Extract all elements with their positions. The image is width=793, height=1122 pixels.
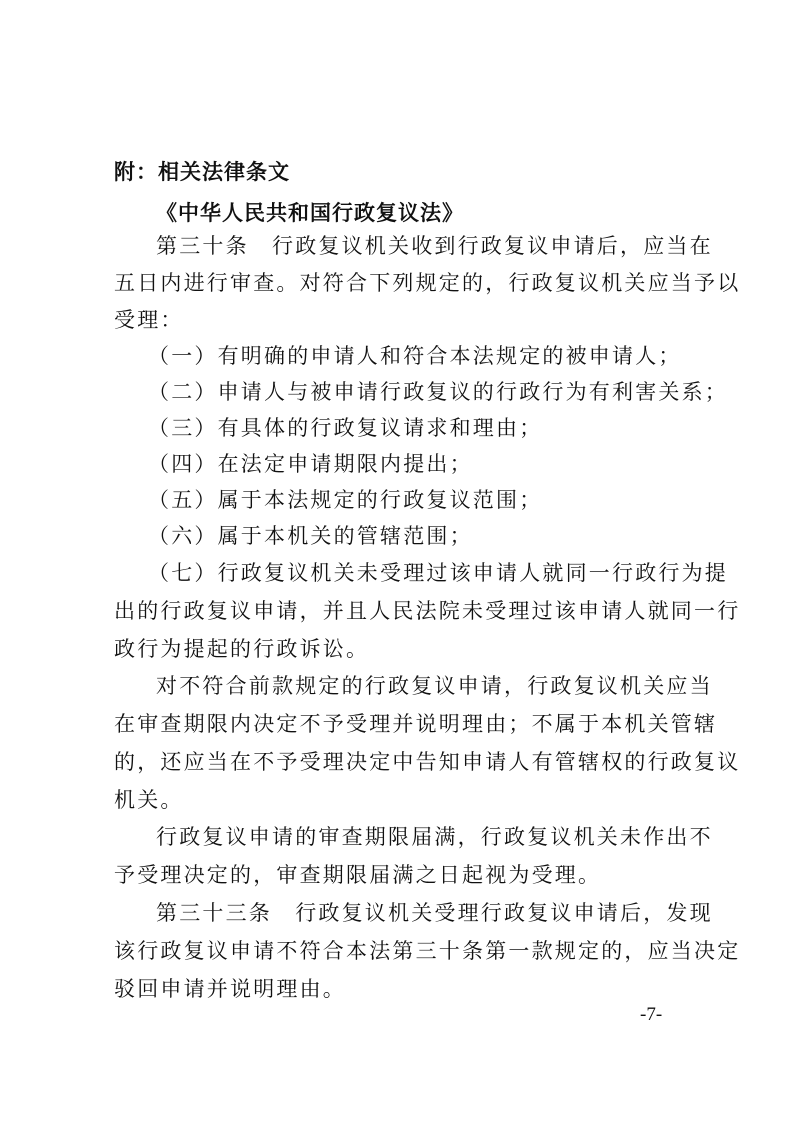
article-33-line: 驳回申请并说明理由。: [114, 974, 684, 1004]
paragraph-line: 对不符合前款规定的行政复议申请，行政复议机关应当: [156, 671, 726, 701]
law-title: 《中华人民共和国行政复议法》: [156, 198, 726, 228]
paragraph-line: 行政复议申请的审查期限届满，行政复议机关未作出不: [156, 822, 726, 852]
paragraph-line: 机关。: [114, 785, 684, 815]
list-item: （六）属于本机关的管辖范围；: [148, 521, 718, 551]
list-item-7-line: （七）行政复议机关未受理过该申请人就同一行政行为提: [148, 558, 718, 588]
list-item-7-line: 政行为提起的行政诉讼。: [114, 634, 684, 664]
list-item: （一）有明确的申请人和符合本法规定的被申请人；: [148, 341, 718, 371]
list-item: （二）申请人与被申请行政复议的行政行为有利害关系；: [148, 377, 718, 407]
page-number: -7-: [640, 1004, 662, 1026]
article-30-line: 五日内进行审查。对符合下列规定的，行政复议机关应当予以: [114, 268, 684, 298]
paragraph-line: 的，还应当在不予受理决定中告知申请人有管辖权的行政复议: [114, 747, 684, 777]
paragraph-line: 予受理决定的，审查期限届满之日起视为受理。: [114, 860, 684, 890]
appendix-heading: 附：相关法律条文: [114, 157, 684, 187]
list-item: （四）在法定申请期限内提出；: [148, 449, 718, 479]
list-item-7-line: 出的行政复议申请，并且人民法院未受理过该申请人就同一行: [114, 596, 684, 626]
list-item: （三）有具体的行政复议请求和理由；: [148, 413, 718, 443]
article-30-line: 受理：: [114, 305, 684, 335]
paragraph-line: 在审查期限内决定不予受理并说明理由；不属于本机关管辖: [114, 709, 684, 739]
document-page: 附：相关法律条文 《中华人民共和国行政复议法》 第三十条 行政复议机关收到行政复…: [0, 0, 793, 1122]
article-33-line: 第三十三条 行政复议机关受理行政复议申请后，发现: [156, 898, 726, 928]
article-33-line: 该行政复议申请不符合本法第三十条第一款规定的，应当决定: [114, 936, 684, 966]
list-item: （五）属于本法规定的行政复议范围；: [148, 485, 718, 515]
article-30-line: 第三十条 行政复议机关收到行政复议申请后，应当在: [156, 231, 726, 261]
